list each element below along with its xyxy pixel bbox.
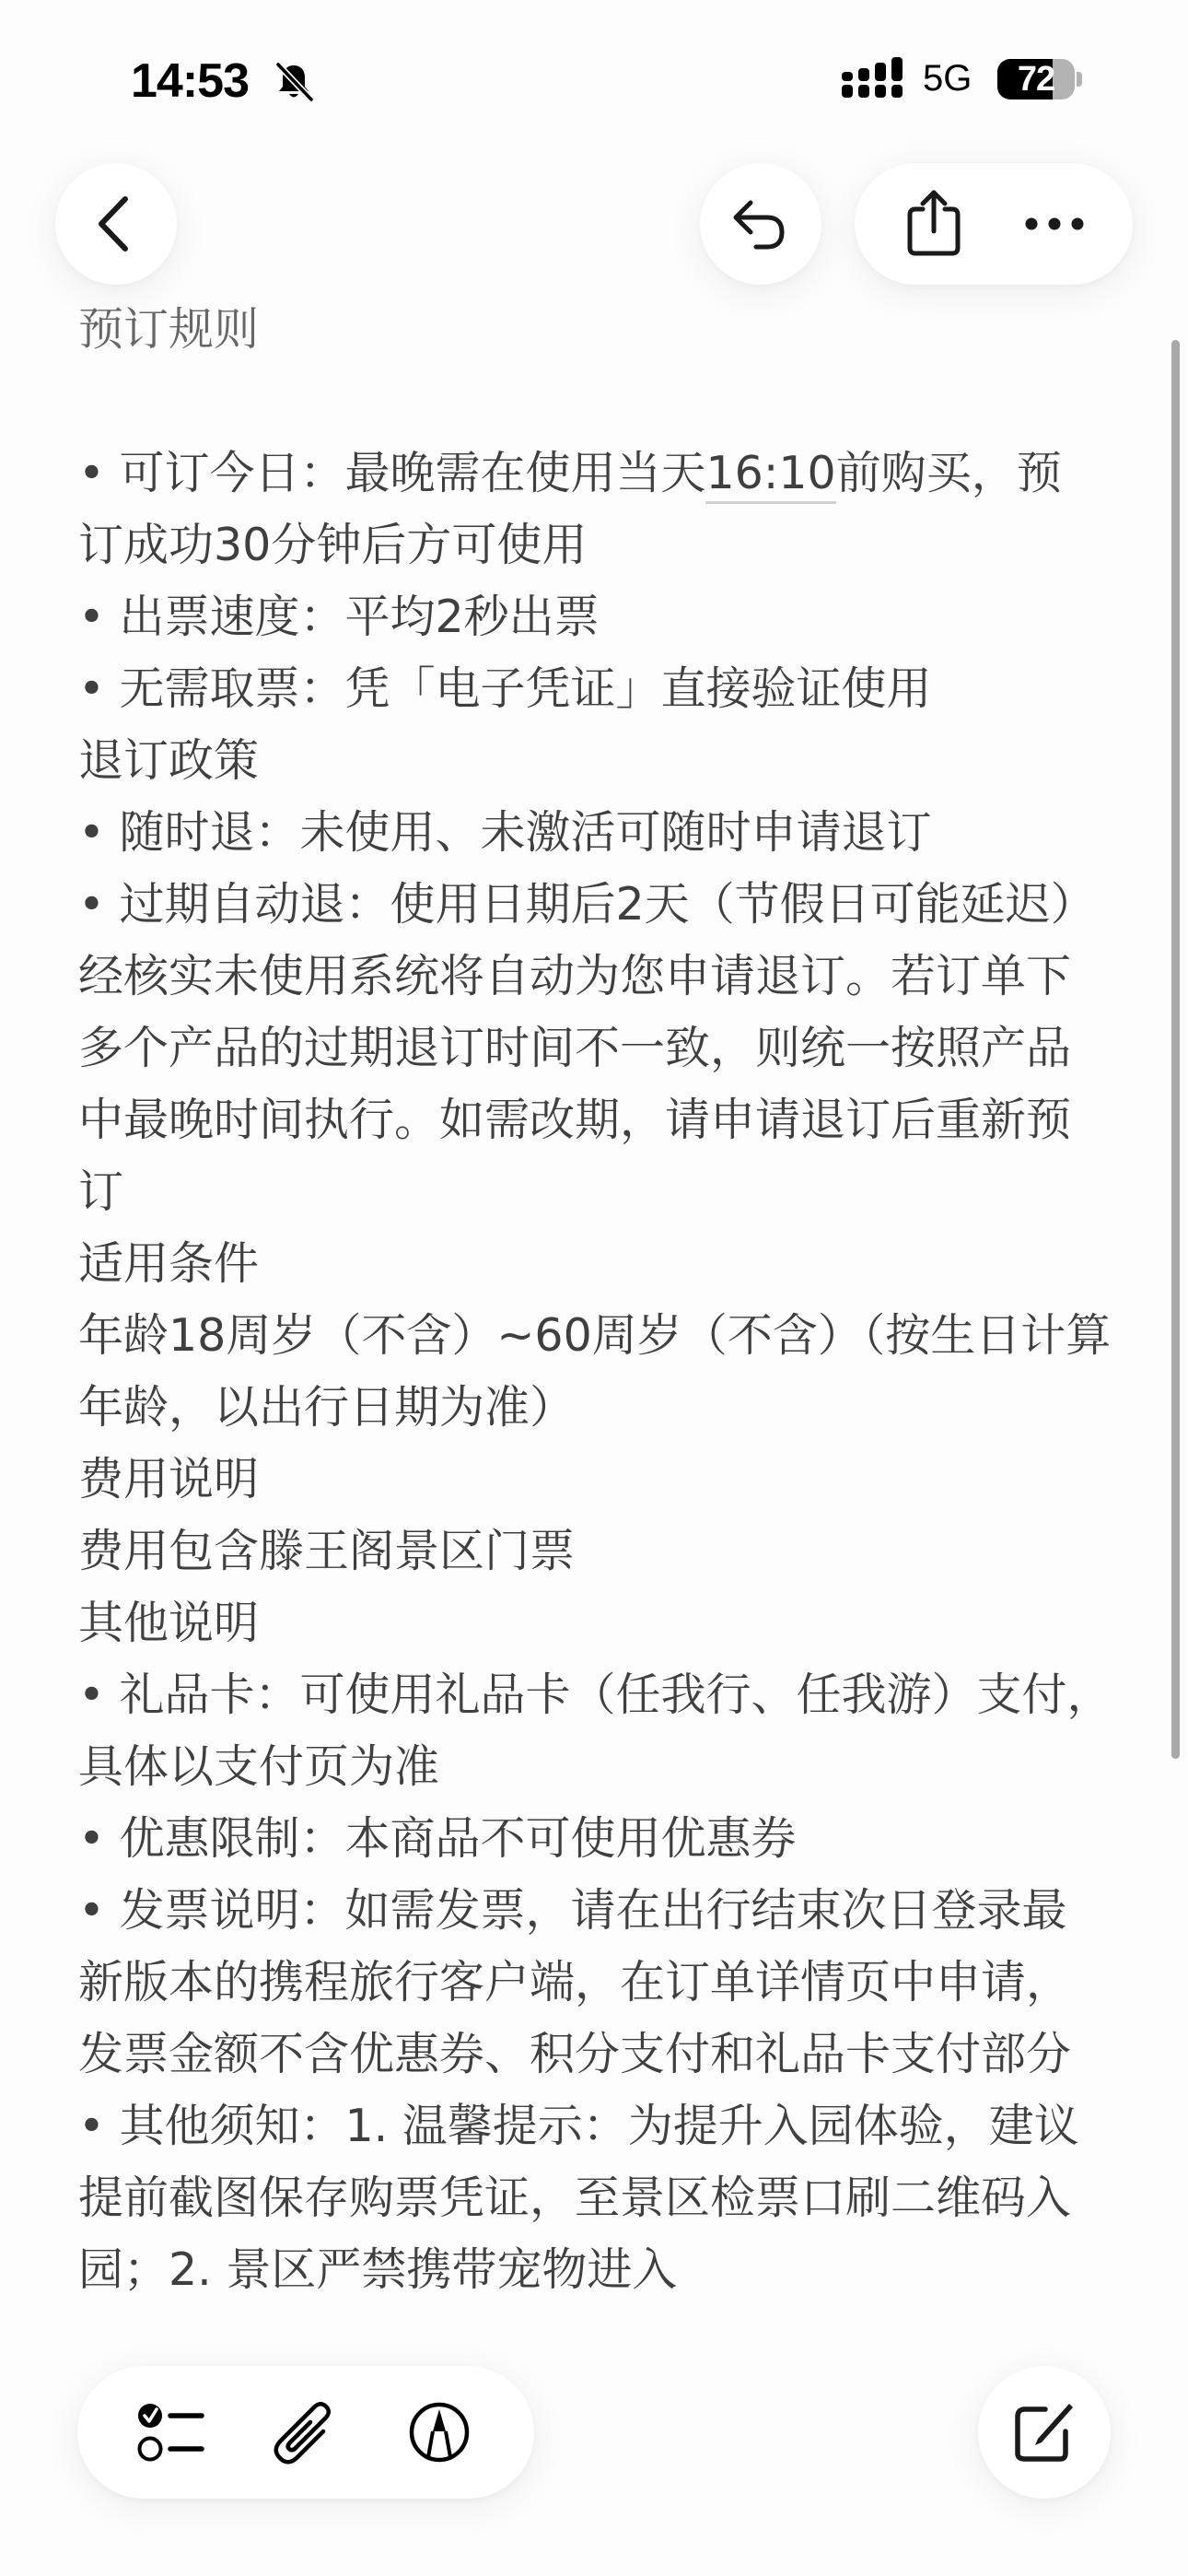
ellipsis-icon bbox=[1022, 215, 1087, 233]
battery-tip bbox=[1077, 72, 1082, 87]
attachment-button[interactable] bbox=[264, 2391, 347, 2474]
note-line: • 优惠限制：本商品不可使用优惠券 bbox=[78, 1803, 1110, 1875]
note-line: 年龄，以出行日期为准） bbox=[78, 1372, 1110, 1444]
note-line: • 其他须知：1. 温馨提示：为提升入园体验，建议 bbox=[78, 2090, 1110, 2162]
time-link[interactable]: 16:10 bbox=[705, 447, 835, 504]
status-bar: 14:53 5G 72 bbox=[0, 0, 1188, 147]
share-button[interactable] bbox=[892, 178, 975, 270]
note-title: 预订规则 bbox=[78, 294, 1110, 366]
note-line: 费用包含滕王阁景区门票 bbox=[78, 1516, 1110, 1587]
note-text: 前购买，预 bbox=[836, 447, 1062, 499]
note-line: 新版本的携程旅行客户端，在订单详情页中申请， bbox=[78, 1947, 1110, 2019]
note-line: 提前截图保存购票凭证，至景区检票口刷二维码入 bbox=[78, 2162, 1110, 2234]
note-line: 订 bbox=[78, 1156, 1110, 1228]
undo-arrow-icon bbox=[728, 192, 793, 256]
section-heading: 费用说明 bbox=[78, 1444, 1110, 1516]
checklist-icon bbox=[137, 2400, 207, 2465]
note-line: 年龄18周岁（不含）~60周岁（不含）（按生日计算 bbox=[78, 1300, 1110, 1372]
note-line: • 发票说明：如需发票，请在出行结束次日登录最 bbox=[78, 1875, 1110, 1947]
section-heading: 其他说明 bbox=[78, 1587, 1110, 1659]
undo-button[interactable] bbox=[700, 163, 821, 285]
blank-line bbox=[78, 366, 1110, 438]
compose-button[interactable] bbox=[978, 2366, 1111, 2499]
note-line: • 可订今日：最晚需在使用当天16:10前购买，预 bbox=[78, 438, 1110, 509]
battery-indicator: 72 bbox=[997, 59, 1075, 100]
compose-icon bbox=[1012, 2400, 1077, 2465]
bottom-toolbar bbox=[77, 2366, 534, 2499]
note-line: 中最晚时间执行。如需改期，请申请退订后重新预 bbox=[78, 1084, 1110, 1156]
note-line: 园；2. 景区严禁携带宠物进入 bbox=[78, 2234, 1110, 2306]
note-line: • 出票速度：平均2秒出票 bbox=[78, 581, 1110, 653]
cellular-signal-icon bbox=[842, 57, 904, 100]
checklist-button[interactable] bbox=[131, 2391, 214, 2474]
note-line: • 无需取票：凭「电子凭证」直接验证使用 bbox=[78, 653, 1110, 725]
note-line: • 礼品卡：可使用礼品卡（任我行、任我游）支付， bbox=[78, 1659, 1110, 1731]
markup-button[interactable] bbox=[398, 2391, 481, 2474]
network-type: 5G bbox=[923, 55, 972, 101]
note-line: 经核实未使用系统将自动为您申请退订。若订单下 bbox=[78, 941, 1110, 1013]
markup-pen-icon bbox=[407, 2400, 472, 2465]
note-line: 发票金额不含优惠券、积分支付和礼品卡支付部分 bbox=[78, 2019, 1110, 2090]
note-line: • 随时退：未使用、未激活可随时申请退订 bbox=[78, 797, 1110, 869]
action-pill bbox=[855, 163, 1133, 285]
status-time: 14:53 bbox=[131, 53, 249, 109]
back-button[interactable] bbox=[55, 163, 177, 285]
note-line: 订成功30分钟后方可使用 bbox=[78, 509, 1110, 581]
bell-slash-icon bbox=[273, 61, 315, 103]
note-text: • 可订今日：最晚需在使用当天 bbox=[78, 447, 705, 499]
note-body[interactable]: 预订规则 • 可订今日：最晚需在使用当天16:10前购买，预 订成功30分钟后方… bbox=[78, 294, 1110, 2306]
battery-percent: 72 bbox=[997, 59, 1075, 100]
section-heading: 退订政策 bbox=[78, 725, 1110, 797]
note-line: • 过期自动退：使用日期后2天（节假日可能延迟） bbox=[78, 869, 1110, 941]
note-line: 多个产品的过期退订时间不一致，则统一按照产品 bbox=[78, 1013, 1110, 1084]
vertical-scrollbar[interactable] bbox=[1171, 340, 1180, 1759]
share-icon bbox=[904, 187, 963, 261]
section-heading: 适用条件 bbox=[78, 1228, 1110, 1300]
chevron-left-icon bbox=[88, 192, 144, 256]
paperclip-icon bbox=[274, 2398, 338, 2466]
note-line: 具体以支付页为准 bbox=[78, 1731, 1110, 1803]
more-button[interactable] bbox=[1013, 178, 1096, 270]
